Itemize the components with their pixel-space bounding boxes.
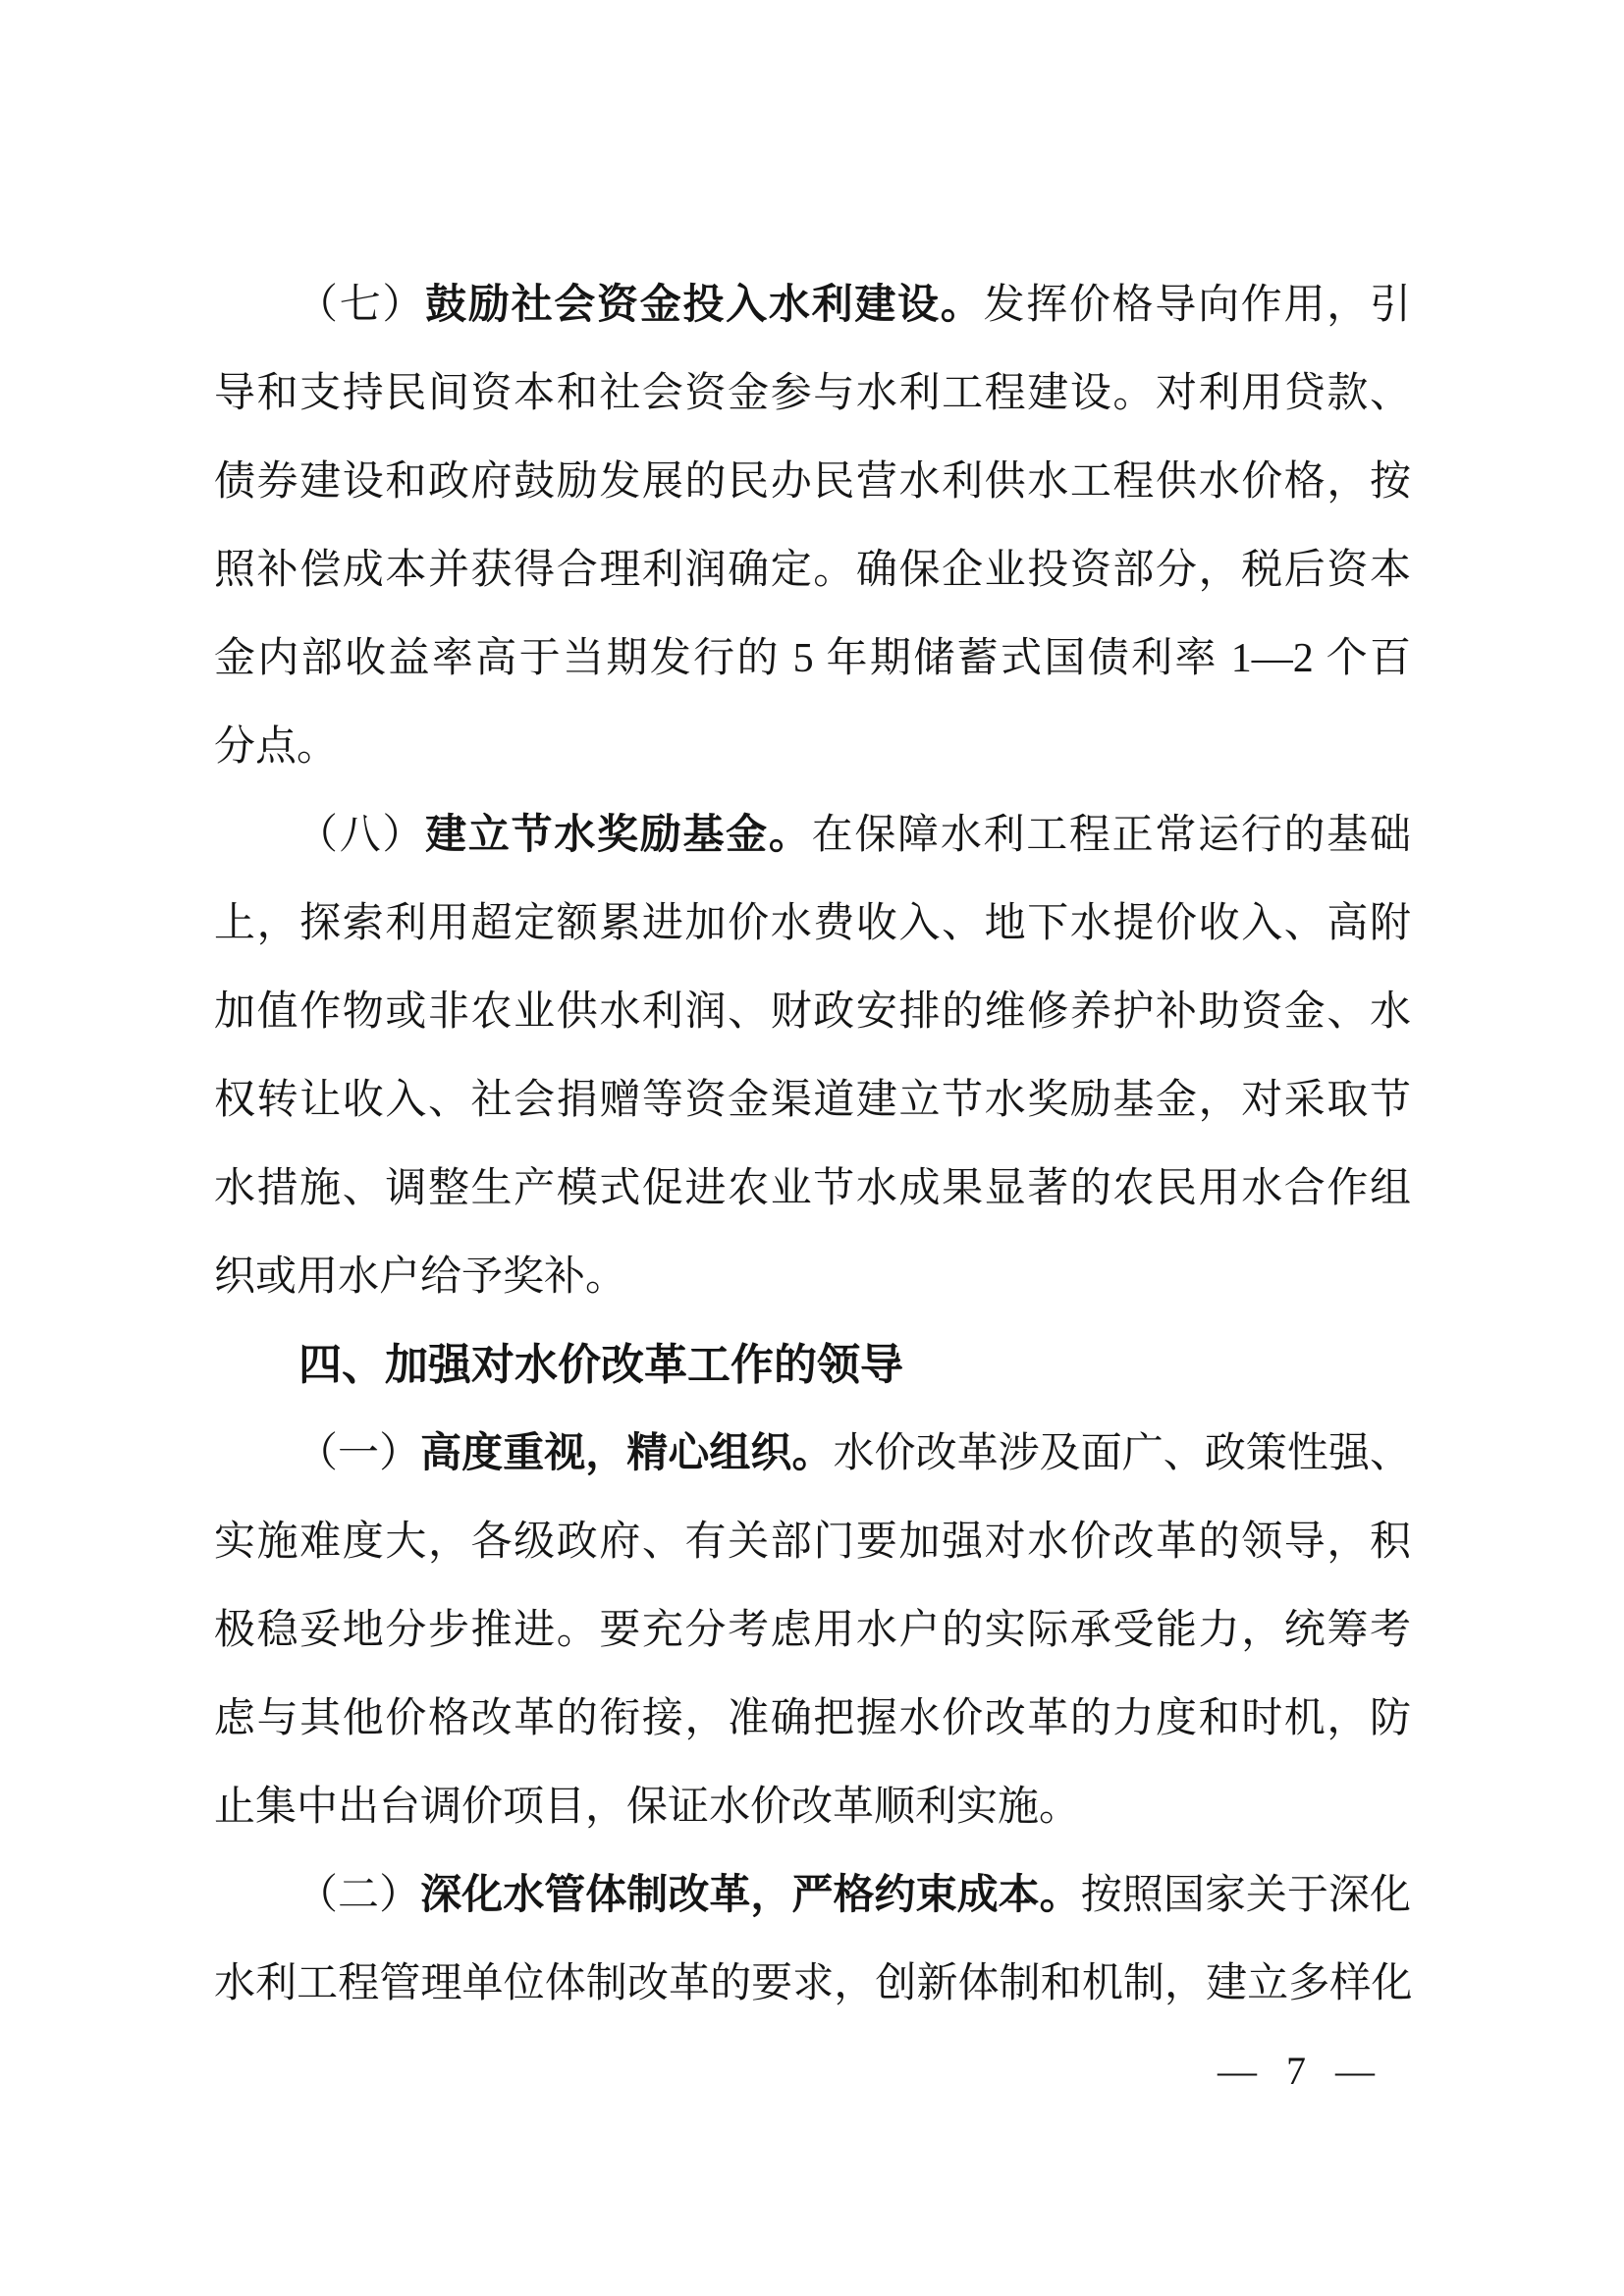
text-line: （八）建立节水奖励基金。在保障水利工程正常运行的基础 bbox=[214, 791, 1411, 880]
text-line: 虑与其他价格改革的衔接，准确把握水价改革的力度和时机，防 bbox=[214, 1675, 1411, 1763]
paragraph-lead: 深化水管体制改革，严格约束成本。 bbox=[420, 1873, 1081, 1918]
document-page: （七）鼓励社会资金投入水利建设。发挥价格导向作用，引 导和支持民间资本和社会资金… bbox=[0, 0, 1624, 2296]
paragraph-lead: 鼓励社会资金投入水利建设。 bbox=[425, 283, 983, 328]
text-segment: 水价改革涉及面广、政策性强、 bbox=[834, 1431, 1411, 1476]
text-segment: 发挥价格导向作用，引 bbox=[984, 283, 1411, 328]
list-number: （七） bbox=[297, 283, 425, 328]
text-line: 金内部收益率高于当期发行的 5 年期储蓄式国债利率 1—2 个百 bbox=[214, 614, 1411, 703]
text-line: 债券建设和政府鼓励发展的民办民营水利供水工程供水价格，按 bbox=[214, 438, 1411, 526]
text-line: 实施难度大，各级政府、有关部门要加强对水价改革的领导，积 bbox=[214, 1498, 1411, 1586]
list-number: （二） bbox=[297, 1873, 420, 1918]
text-segment: 按照国家关于深化 bbox=[1081, 1873, 1411, 1918]
text-line: 织或用水户给予奖补。 bbox=[214, 1233, 1411, 1321]
text-line: 分点。 bbox=[214, 703, 1411, 791]
document-body: （七）鼓励社会资金投入水利建设。发挥价格导向作用，引 导和支持民间资本和社会资金… bbox=[214, 261, 1411, 2028]
text-line: 极稳妥地分步推进。要充分考虑用水户的实际承受能力，统筹考 bbox=[214, 1586, 1411, 1675]
text-line: （一）高度重视，精心组织。水价改革涉及面广、政策性强、 bbox=[214, 1410, 1411, 1498]
text-line: （七）鼓励社会资金投入水利建设。发挥价格导向作用，引 bbox=[214, 261, 1411, 349]
paragraph-lead: 建立节水奖励基金。 bbox=[425, 813, 811, 858]
list-number: （八） bbox=[297, 813, 425, 858]
list-number: （一） bbox=[297, 1431, 420, 1476]
text-line: 止集中出台调价项目，保证水价改革顺利实施。 bbox=[214, 1763, 1411, 1851]
text-line: 水措施、调整生产模式促进农业节水成果显著的农民用水合作组 bbox=[214, 1145, 1411, 1233]
section-heading: 四、加强对水价改革工作的领导 bbox=[214, 1321, 1411, 1410]
page-number: — 7 — bbox=[1218, 2050, 1384, 2093]
text-line: 水利工程管理单位体制改革的要求，创新体制和机制，建立多样化 bbox=[214, 1940, 1411, 2028]
text-line: 导和支持民间资本和社会资金参与水利工程建设。对利用贷款、 bbox=[214, 349, 1411, 438]
text-line: 上，探索利用超定额累进加价水费收入、地下水提价收入、高附 bbox=[214, 880, 1411, 968]
text-line: （二）深化水管体制改革，严格约束成本。按照国家关于深化 bbox=[214, 1851, 1411, 1940]
text-line: 加值作物或非农业供水利润、财政安排的维修养护补助资金、水 bbox=[214, 968, 1411, 1056]
paragraph-lead: 高度重视，精心组织。 bbox=[420, 1431, 833, 1476]
text-line: 照补偿成本并获得合理利润确定。确保企业投资部分，税后资本 bbox=[214, 526, 1411, 614]
text-line: 权转让收入、社会捐赠等资金渠道建立节水奖励基金，对采取节 bbox=[214, 1056, 1411, 1145]
text-segment: 在保障水利工程正常运行的基础 bbox=[812, 813, 1411, 858]
